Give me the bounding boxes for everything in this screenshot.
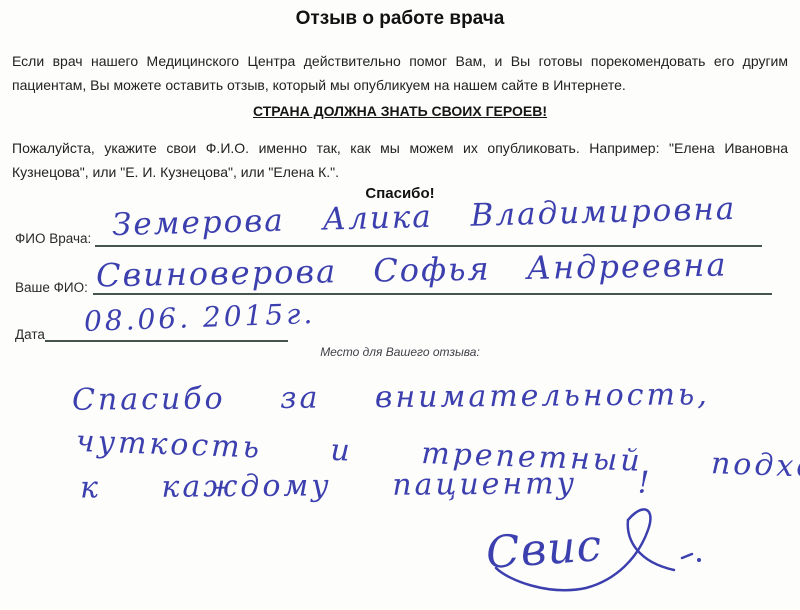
instructions-paragraph: Пожалуйста, укажите свои Ф.И.О. именно т… (12, 136, 788, 184)
reviewer-name-handwritten-value: Свиноверова Софья Андреевна (96, 248, 728, 291)
reviewer-name-label: Ваше ФИО: (15, 280, 88, 295)
page-title: Отзыв о работе врача (0, 8, 800, 30)
signature: Свис (478, 500, 708, 595)
review-area-caption: Место для Вашего отзыва: (300, 345, 500, 359)
date-field-line (45, 340, 288, 342)
review-handwritten-line-1: Спасибо за внимательность, (72, 380, 710, 416)
signature-flourish-icon (478, 500, 708, 595)
intro-paragraph: Если врач нашего Медицинского Центра дей… (12, 49, 788, 97)
review-handwritten-line-3: к каждому пациенту ! (80, 469, 653, 504)
reviewer-name-field-line (93, 293, 772, 295)
doctor-name-label: ФИО Врача: (15, 231, 91, 246)
feedback-form-document: Отзыв о работе врача Если врач нашего Ме… (0, 0, 800, 610)
date-handwritten-value: 08.06. 2015г. (84, 300, 316, 336)
date-label: Дата (15, 327, 45, 342)
slogan-heading: СТРАНА ДОЛЖНА ЗНАТЬ СВОИХ ГЕРОЕВ! (0, 103, 800, 119)
